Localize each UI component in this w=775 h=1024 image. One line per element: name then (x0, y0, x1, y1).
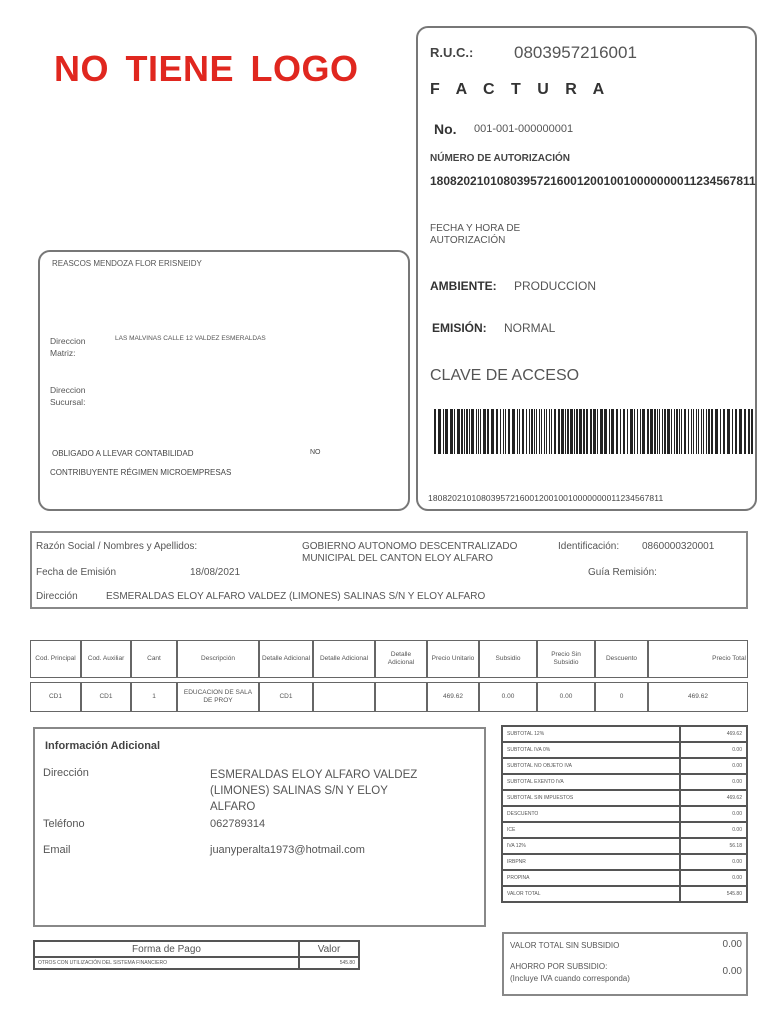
totals-table: SUBTOTAL 12%469.62SUBTOTAL IVA 0%0.00SUB… (501, 725, 748, 903)
totals-value: 0.00 (680, 758, 747, 774)
totals-row: SUBTOTAL 12%469.62 (502, 726, 747, 742)
totals-label: ICE (502, 822, 680, 838)
additional-info-box: Información Adicional Dirección ESMERALD… (33, 727, 486, 927)
ruc-value: 0803957216001 (514, 43, 637, 63)
main-address-label: Direccion Matriz: (50, 335, 110, 359)
accounting-obligation-value: NO (310, 449, 321, 456)
column-header: Detalle Adicional (313, 640, 375, 678)
document-title: F A C T U R A (430, 81, 610, 99)
customer-address: ESMERALDAS ELOY ALFARO VALDEZ (LIMONES) … (106, 591, 485, 602)
table-cell: 0.00 (537, 682, 595, 712)
totals-value: 0.00 (680, 742, 747, 758)
column-header: Detalle Adicional (259, 640, 313, 678)
payment-value: 545.80 (299, 957, 359, 969)
tax-regime: CONTRIBUYENTE RÉGIMEN MICROEMPRESAS (50, 468, 231, 477)
column-header: Cod. Auxiliar (81, 640, 131, 678)
info-address-label: Dirección (43, 767, 89, 779)
emission-date-label: Fecha de Emisión (36, 567, 116, 578)
subsidy-savings-note: (Incluye IVA cuando corresponda) (510, 974, 630, 983)
table-cell: 469.62 (427, 682, 479, 712)
column-header: Detalle Adicional (375, 640, 427, 678)
identification-value: 0860000320001 (642, 541, 714, 552)
totals-row: SUBTOTAL EXENTO IVA0.00 (502, 774, 747, 790)
table-cell: CD1 (259, 682, 313, 712)
table-cell (375, 682, 427, 712)
issuer-box: REASCOS MENDOZA FLOR ERISNEIDY Direccion… (38, 250, 410, 511)
totals-row: PROPINA0.00 (502, 870, 747, 886)
emission-label: EMISIÓN: (432, 321, 487, 335)
totals-value: 0.00 (680, 854, 747, 870)
totals-label: IVA 12% (502, 838, 680, 854)
column-header: Precio Sin Subsidio (537, 640, 595, 678)
totals-label: SUBTOTAL 12% (502, 726, 680, 742)
issuer-name: REASCOS MENDOZA FLOR ERISNEIDY (52, 259, 202, 268)
table-cell (313, 682, 375, 712)
totals-label: SUBTOTAL EXENTO IVA (502, 774, 680, 790)
accounting-obligation-label: OBLIGADO A LLEVAR CONTABILIDAD (52, 449, 194, 458)
totals-value: 469.62 (680, 790, 747, 806)
column-header: Subsidio (479, 640, 537, 678)
totals-label: SUBTOTAL NO OBJETO IVA (502, 758, 680, 774)
totals-value: 469.62 (680, 726, 747, 742)
access-key-number: 1808202101080395721600120010010000000011… (428, 493, 663, 503)
totals-row: VALOR TOTAL545.80 (502, 886, 747, 902)
table-cell: CD1 (30, 682, 81, 712)
emission-date: 18/08/2021 (190, 567, 240, 578)
access-key-label: CLAVE DE ACCESO (430, 367, 579, 385)
totals-row: SUBTOTAL SIN IMPUESTOS469.62 (502, 790, 747, 806)
totals-label: SUBTOTAL IVA 0% (502, 742, 680, 758)
totals-value: 545.80 (680, 886, 747, 902)
totals-row: SUBTOTAL NO OBJETO IVA0.00 (502, 758, 747, 774)
column-header: Cod. Principal (30, 640, 81, 678)
table-cell: EDUCACION DE SALA DE PROY (177, 682, 259, 712)
ruc-label: R.U.C.: (430, 45, 473, 60)
factura-info-box: R.U.C.: 0803957216001 F A C T U R A No. … (416, 26, 757, 511)
table-row: CD1CD11EDUCACION DE SALA DE PROYCD1469.6… (30, 682, 748, 712)
environment-value: PRODUCCION (514, 279, 596, 293)
totals-row: IRBPNR0.00 (502, 854, 747, 870)
authorization-number: 1808202101080395721600120010010000000011… (430, 173, 760, 190)
payment-method: OTROS CON UTILIZACIÓN DEL SISTEMA FINANC… (34, 957, 299, 969)
info-phone-label: Teléfono (43, 818, 85, 830)
subsidy-savings-value: 0.00 (723, 966, 742, 977)
totals-label: VALOR TOTAL (502, 886, 680, 902)
customer-box: Razón Social / Nombres y Apellidos: GOBI… (30, 531, 748, 609)
column-header: Descripción (177, 640, 259, 678)
totals-value: 0.00 (680, 806, 747, 822)
totals-value: 56.18 (680, 838, 747, 854)
authorization-date-label: FECHA Y HORA DE AUTORIZACIÓN (430, 223, 550, 247)
info-email-label: Email (43, 844, 71, 856)
emission-value: NORMAL (504, 321, 555, 335)
business-name: GOBIERNO AUTONOMO DESCENTRALIZADO MUNICI… (302, 541, 557, 565)
subsidy-savings-label: AHORRO POR SUBSIDIO: (510, 962, 607, 971)
totals-value: 0.00 (680, 822, 747, 838)
table-cell: 0.00 (479, 682, 537, 712)
items-table: Cod. PrincipalCod. AuxiliarCantDescripci… (30, 640, 748, 712)
main-address-value: LAS MALVINAS CALLE 12 VALDEZ ESMERALDAS (115, 335, 266, 342)
totals-label: IRBPNR (502, 854, 680, 870)
totals-row: DESCUENTO0.00 (502, 806, 747, 822)
table-cell: CD1 (81, 682, 131, 712)
totals-label: DESCUENTO (502, 806, 680, 822)
info-email-value: juanyperalta1973@hotmail.com (210, 844, 365, 856)
business-name-label: Razón Social / Nombres y Apellidos: (36, 541, 197, 552)
referral-guide-label: Guía Remisión: (588, 567, 657, 578)
additional-info-title: Información Adicional (45, 740, 160, 752)
table-cell: 0 (595, 682, 648, 712)
payment-value-header: Valor (299, 941, 359, 957)
total-without-subsidy-value: 0.00 (723, 939, 742, 950)
payment-method-header: Forma de Pago (34, 941, 299, 957)
logo-placeholder: NO TIENE LOGO (54, 48, 359, 90)
total-without-subsidy-label: VALOR TOTAL SIN SUBSIDIO (510, 941, 619, 950)
table-cell: 469.62 (648, 682, 748, 712)
column-header: Descuento (595, 640, 648, 678)
totals-value: 0.00 (680, 870, 747, 886)
totals-value: 0.00 (680, 774, 747, 790)
subsidy-box: VALOR TOTAL SIN SUBSIDIO 0.00 AHORRO POR… (502, 932, 748, 996)
payment-table: Forma de Pago Valor OTROS CON UTILIZACIÓ… (33, 940, 360, 970)
totals-label: SUBTOTAL SIN IMPUESTOS (502, 790, 680, 806)
invoice-number-label: No. (434, 121, 457, 137)
column-header: Precio Total (648, 640, 748, 678)
environment-label: AMBIENTE: (430, 279, 497, 293)
column-header: Precio Unitario (427, 640, 479, 678)
barcode-image (434, 409, 754, 454)
info-phone-value: 062789314 (210, 818, 265, 830)
totals-row: IVA 12%56.18 (502, 838, 747, 854)
customer-address-label: Dirección (36, 591, 78, 602)
identification-label: Identificación: (558, 541, 619, 552)
invoice-number: 001-001-000000001 (474, 123, 573, 135)
authorization-label: NÚMERO DE AUTORIZACIÓN (430, 153, 570, 164)
branch-address-label: Direccion Sucursal: (50, 384, 110, 408)
column-header: Cant (131, 640, 177, 678)
table-cell: 1 (131, 682, 177, 712)
totals-label: PROPINA (502, 870, 680, 886)
info-address-value: ESMERALDAS ELOY ALFARO VALDEZ (LIMONES) … (210, 767, 430, 815)
totals-row: SUBTOTAL IVA 0%0.00 (502, 742, 747, 758)
totals-row: ICE0.00 (502, 822, 747, 838)
